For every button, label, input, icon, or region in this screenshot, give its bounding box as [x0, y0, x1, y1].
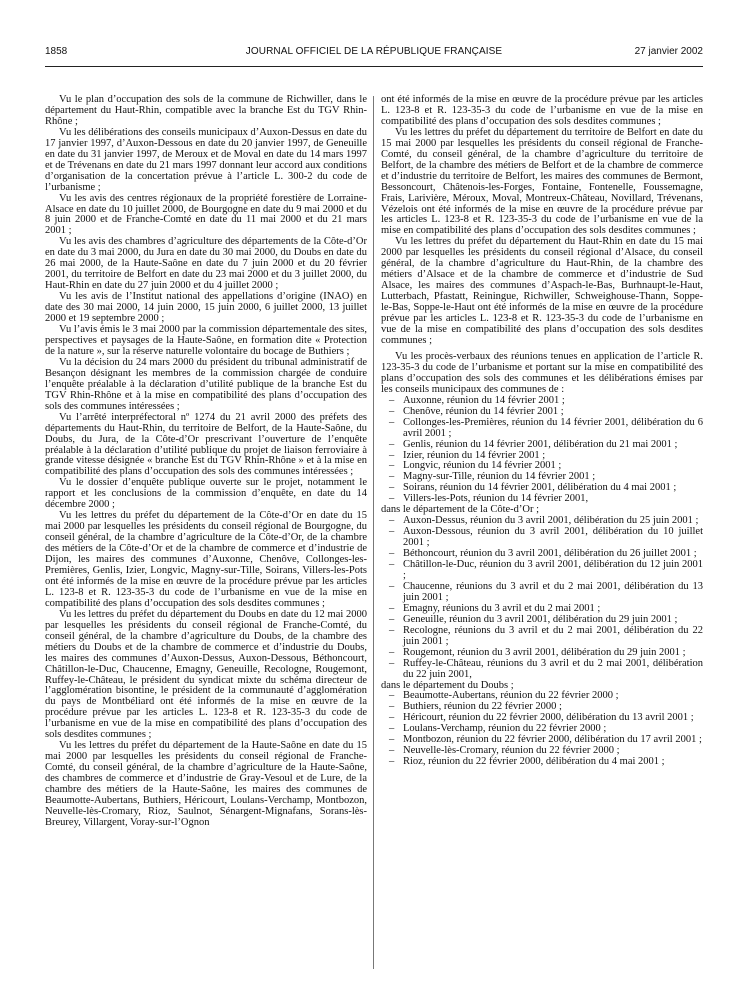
list-item: –Ruffey-le-Château, réunions du 3 avril … [381, 659, 703, 681]
list-item-text: Châtillon-le-Duc, réunion du 3 avril 200… [403, 559, 703, 581]
list-item-text: Neuvelle-lès-Cromary, réunion du 22 févr… [403, 745, 620, 756]
list-item: –Rioz, réunion du 22 février 2000, délib… [381, 757, 703, 768]
list-item-text: Béthoncourt, réunion du 3 avril 2001, dé… [403, 548, 697, 559]
list-item: –Châtillon-le-Duc, réunion du 3 avril 20… [381, 560, 703, 582]
paragraph: Vu les avis des chambres d’agriculture d… [45, 237, 367, 292]
paragraph: ont été informés de la mise en œuvre de … [381, 95, 703, 128]
paragraph: Vu le plan d’occupation des sols de la c… [45, 95, 367, 128]
paragraph: Vu les lettres du préfet du département … [45, 741, 367, 829]
dash-bullet-icon: – [389, 560, 394, 571]
paragraph: Vu les procès-verbaux des réunions tenue… [381, 352, 703, 396]
dash-bullet-icon: – [389, 626, 394, 637]
issue-date: 27 janvier 2002 [635, 46, 703, 57]
paragraph: Vu les délibérations des conseils munici… [45, 128, 367, 194]
haute-saone-commune-list: –Beaumotte-Aubertans, réunion du 22 févr… [381, 691, 703, 768]
left-column: Vu le plan d’occupation des sols de la c… [45, 95, 367, 829]
journal-title: JOURNAL OFFICIEL DE LA RÉPUBLIQUE FRANÇA… [45, 46, 703, 57]
page-header: 1858 JOURNAL OFFICIEL DE LA RÉPUBLIQUE F… [45, 44, 703, 67]
list-item-text: Chenôve, réunion du 14 février 2001 ; [403, 406, 564, 417]
list-item: –Auxon-Dessous, réunion du 3 avril 2001,… [381, 527, 703, 549]
list-item: –Collonges-les-Premières, réunion du 14 … [381, 418, 703, 440]
list-item-text: Genlis, réunion du 14 février 2001, déli… [403, 439, 677, 450]
list-item: –Villers-les-Pots, réunion du 14 février… [381, 494, 703, 505]
list-item-text: Beaumotte-Aubertans, réunion du 22 févri… [403, 690, 618, 701]
list-item-text: Montbozon, réunion du 22 février 2000, d… [403, 734, 702, 745]
paragraph: Vu les lettres du préfet du département … [381, 237, 703, 347]
right-column: ont été informés de la mise en œuvre de … [381, 95, 703, 768]
dash-bullet-icon: – [389, 648, 394, 659]
list-item-text: Izier, réunion du 14 février 2001 ; [403, 450, 545, 461]
dash-bullet-icon: – [389, 418, 394, 429]
list-item-text: Ruffey-le-Château, réunions du 3 avril e… [403, 658, 703, 680]
list-item-text: Longvic, réunion du 14 février 2001 ; [403, 460, 561, 471]
list-item-text: Geneuille, réunion du 3 avril 2001, déli… [403, 614, 677, 625]
dash-bullet-icon: – [389, 582, 394, 593]
dash-bullet-icon: – [389, 440, 394, 451]
list-item-text: Rougemont, réunion du 3 avril 2001, déli… [403, 647, 686, 658]
doubs-commune-list: –Auxon-Dessus, réunion du 3 avril 2001, … [381, 516, 703, 680]
dash-bullet-icon: – [389, 659, 394, 670]
paragraph: Vu l’avis émis le 3 mai 2000 par la comm… [45, 325, 367, 358]
list-item-text: Recologne, réunions du 3 avril et du 2 m… [403, 625, 703, 647]
paragraph: Vu les avis de l’Institut national des a… [45, 292, 367, 325]
list-item-text: Auxon-Dessous, réunion du 3 avril 2001, … [403, 526, 703, 548]
list-item-text: Magny-sur-Tille, réunion du 14 février 2… [403, 471, 595, 482]
list-item-text: Emagny, réunions du 3 avril et du 2 mai … [403, 603, 600, 614]
paragraph: Vu la décision du 24 mars 2000 du présid… [45, 358, 367, 413]
dash-bullet-icon: – [389, 407, 394, 418]
list-item-text: Rioz, réunion du 22 février 2000, délibé… [403, 756, 665, 767]
paragraph: Vu les lettres du préfet du département … [45, 610, 367, 741]
paragraph: Vu les avis des centres régionaux de la … [45, 194, 367, 238]
list-item: –Recologne, réunions du 3 avril et du 2 … [381, 626, 703, 648]
dash-bullet-icon: – [389, 757, 394, 768]
paragraph: Vu l’arrêté interpréfectoral nº 1274 du … [45, 413, 367, 479]
list-item-text: Chaucenne, réunions du 3 avril et du 2 m… [403, 581, 703, 603]
cote-dor-commune-list: –Auxonne, réunion du 14 février 2001 ;–C… [381, 396, 703, 506]
list-item-text: Auxonne, réunion du 14 février 2001 ; [403, 395, 565, 406]
dash-bullet-icon: – [389, 494, 394, 505]
list-item-text: Soirans, réunion du 14 février 2001, dél… [403, 482, 676, 493]
dash-bullet-icon: – [389, 527, 394, 538]
paragraph: Vu les lettres du préfet du département … [381, 128, 703, 238]
column-divider [373, 96, 374, 969]
list-item-text: Buthiers, réunion du 22 février 2000 ; [403, 701, 562, 712]
list-item-text: Villers-les-Pots, réunion du 14 février … [403, 493, 588, 504]
list-item-text: Auxon-Dessus, réunion du 3 avril 2001, d… [403, 515, 698, 526]
list-item-text: Collonges-les-Premières, réunion du 14 f… [403, 417, 703, 439]
list-item-text: Héricourt, réunion du 22 février 2000, d… [403, 712, 694, 723]
paragraph: Vu le dossier d’enquête publique ouverte… [45, 478, 367, 511]
list-item: –Chaucenne, réunions du 3 avril et du 2 … [381, 582, 703, 604]
paragraph: Vu les lettres du préfet du département … [45, 511, 367, 610]
list-item-text: Loulans-Verchamp, réunion du 22 février … [403, 723, 606, 734]
